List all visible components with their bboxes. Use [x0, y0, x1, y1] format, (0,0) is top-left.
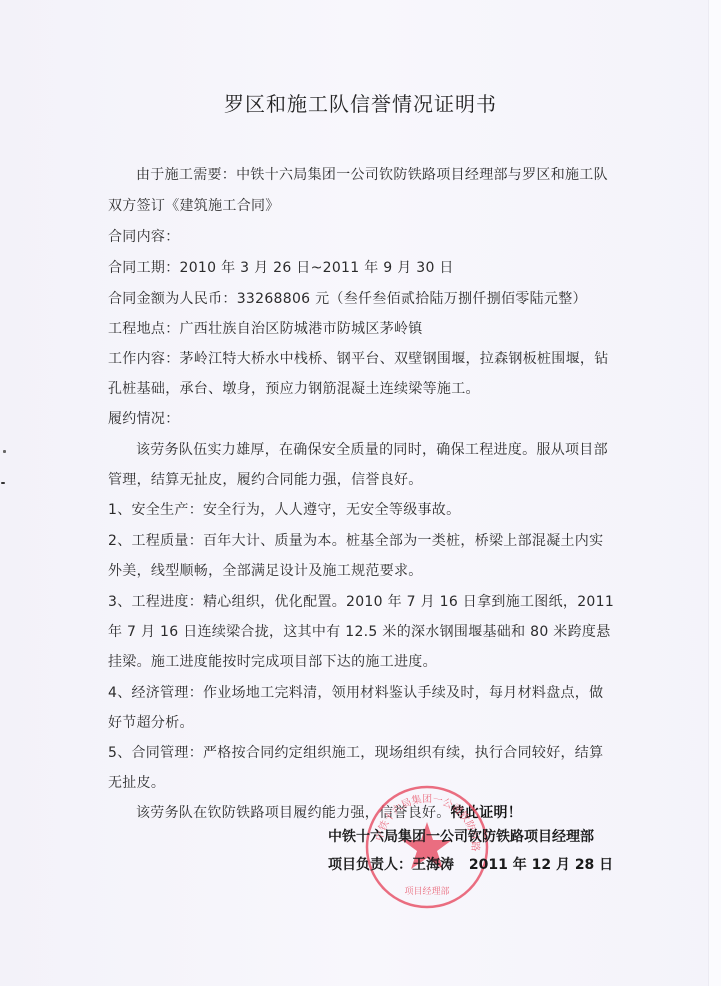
performance-summary-line-2: 管理，结算无扯皮，履约合同能力强，信誉良好。 — [108, 469, 423, 489]
item-progress-line-1: 3、工程进度：精心组织，优化配置。2010 年 7 月 16 日拿到施工图纸，2… — [108, 591, 614, 611]
item-contract-mgmt-line-2: 无扯皮。 — [108, 772, 165, 792]
performance-heading: 履约情况： — [108, 408, 180, 428]
scan-speck — [3, 450, 6, 453]
item-quality-line-2: 外美，线型顺畅，全部满足设计及施工规范要求。 — [108, 560, 423, 580]
item-progress-line-3: 挂梁。施工进度能按时完成项目部下达的施工进度。 — [108, 651, 437, 671]
scan-right-edge — [708, 0, 721, 1000]
intro-line-2: 双方签订《建筑施工合同》 — [108, 195, 280, 215]
scan-bottom-edge — [0, 986, 721, 1000]
scanned-document-page: 罗区和施工队信誉情况证明书 由于施工需要：中铁十六局集团一公司钦防铁路项目经理部… — [0, 0, 721, 1000]
item-quality-line-1: 2、工程质量：百年大计、质量为本。桩基全部为一类桩，桥梁上部混凝土内实 — [108, 530, 603, 550]
contract-heading: 合同内容： — [108, 226, 180, 246]
contract-work-line-2: 孔桩基础，承台、墩身，预应力钢筋混凝土连续梁等施工。 — [108, 378, 480, 398]
item-progress-line-2: 年 7 月 16 日连续梁合拢，这其中有 12.5 米的深水钢围堰基础和 80 … — [108, 621, 611, 641]
contract-amount: 合同金额为人民币：33268806 元（叁仟叁佰贰拾陆万捌仟捌佰零陆元整） — [108, 288, 587, 308]
intro-line-1: 由于施工需要：中铁十六局集团一公司钦防铁路项目经理部与罗区和施工队 — [136, 164, 608, 184]
stamp-text-bottom: 项目经理部 — [404, 885, 449, 897]
scan-speck — [1, 482, 5, 484]
signature-date: 2011 年 12 月 28 日 — [469, 857, 613, 873]
official-seal-stamp: 中铁十六局集团一公司钦防铁路 项目经理部 — [362, 782, 492, 912]
contract-location: 工程地点：广西壮族自治区防城港市防城区茅岭镇 — [108, 318, 423, 338]
item-economic-line-1: 4、经济管理：作业场地工完料清，领用材料鉴认手续及时，每月材料盘点，做 — [108, 682, 603, 702]
contract-period: 合同工期：2010 年 3 月 26 日~2011 年 9 月 30 日 — [108, 257, 454, 277]
project-leader: 项目负责人：王海涛 — [328, 857, 454, 873]
document-title: 罗区和施工队信誉情况证明书 — [0, 88, 721, 117]
contract-work-line-1: 工作内容：茅岭江特大桥水中栈桥、钢平台、双壁钢围堰，拉森钢板桩围堰，钻 — [108, 348, 609, 368]
signing-organization: 中铁十六局集团一公司钦防铁路项目经理部 — [328, 826, 594, 846]
item-economic-line-2: 好节超分析。 — [108, 712, 194, 732]
signature-line: 项目负责人：王海涛 2011 年 12 月 28 日 — [328, 854, 613, 874]
item-safety: 1、安全生产：安全行为，人人遵守，无安全等级事故。 — [108, 499, 460, 519]
item-contract-mgmt-line-1: 5、合同管理：严格按合同约定组织施工，现场组织有续，执行合同较好，结算 — [108, 742, 603, 762]
performance-summary-line-1: 该劳务队伍实力雄厚，在确保安全质量的同时，确保工程进度。服从项目部 — [136, 439, 608, 459]
